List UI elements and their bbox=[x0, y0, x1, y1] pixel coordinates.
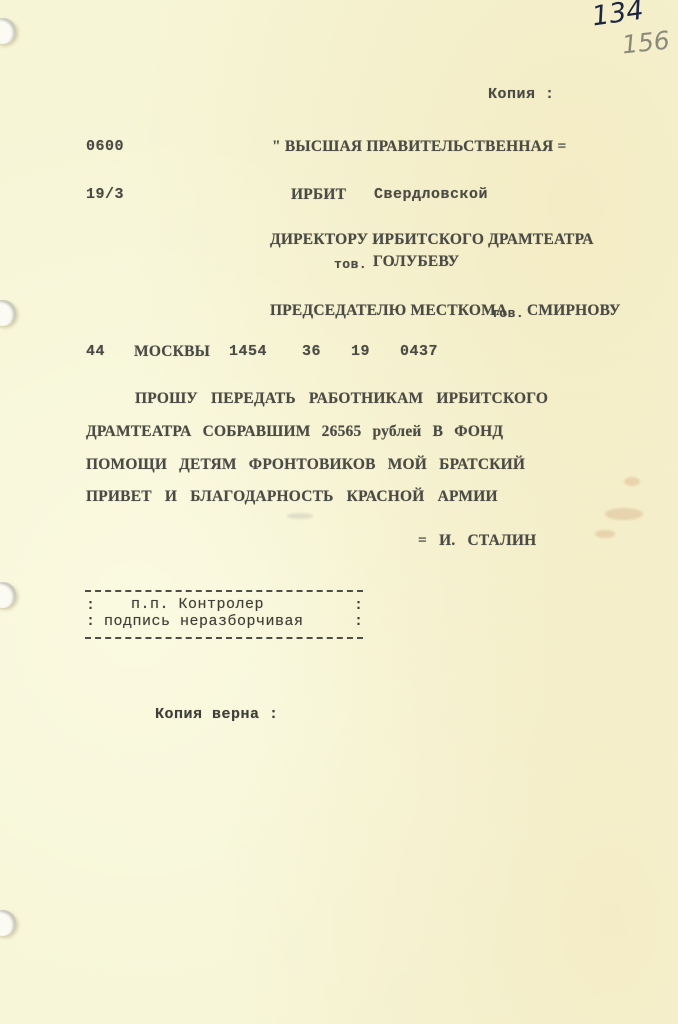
document-page: 134 156 Копия : 0600 " ВЫСШАЯ ПРАВИТЕЛЬС… bbox=[0, 0, 678, 1024]
stamp-bottom-border bbox=[85, 637, 363, 639]
body-line: ДРАМТЕАТРА СОБРАВШИМ 26565 рублей В ФОНД bbox=[86, 423, 503, 442]
origin-field: 36 bbox=[302, 343, 321, 360]
binding-hole bbox=[0, 910, 16, 936]
stamp-top-border bbox=[85, 590, 363, 592]
paper-stain bbox=[605, 508, 643, 520]
origin-field: 1454 bbox=[229, 343, 267, 360]
body-line: ПОМОЩИ ДЕТЯМ ФРОНТОВИКОВ МОЙ БРАТСКИЙ bbox=[86, 456, 525, 475]
signature: = И. СТАЛИН bbox=[418, 532, 536, 551]
paper-stain bbox=[624, 477, 640, 486]
recipient-2-prefix: тов. bbox=[491, 306, 524, 321]
binding-hole bbox=[0, 582, 16, 608]
recipient-1-line1: ДИРЕКТОРУ ИРБИТСКОГО ДРАМТЕАТРА bbox=[270, 231, 594, 250]
recipient-2-name: СМИРНОВУ bbox=[527, 302, 621, 321]
origin-field: МОСКВЫ bbox=[134, 343, 210, 362]
recipient-1-prefix: тов. bbox=[334, 257, 367, 272]
binding-hole bbox=[0, 18, 16, 44]
destination-region: Свердловской bbox=[374, 186, 488, 203]
destination-city: ИРБИТ bbox=[291, 186, 346, 205]
stamp-signature-note: подпись неразборчивая bbox=[104, 613, 304, 630]
stamp-controller: п.п. Контролер bbox=[131, 596, 264, 613]
body-line: ПРИВЕТ И БЛАГОДАРНОСТЬ КРАСНОЙ АРМИИ bbox=[86, 488, 498, 507]
priority-label: " ВЫСШАЯ ПРАВИТЕЛЬСТВЕННАЯ = bbox=[272, 138, 567, 157]
recipient-2-title: ПРЕДСЕДАТЕЛЮ МЕСТКОМА bbox=[270, 302, 507, 321]
origin-field: 19 bbox=[351, 343, 370, 360]
paper-stain bbox=[287, 513, 313, 519]
body-line: ПРОШУ ПЕРЕДАТЬ РАБОТНИКАМ ИРБИТСКОГО bbox=[135, 390, 548, 409]
telegram-code: 0600 bbox=[86, 138, 124, 155]
binding-hole bbox=[0, 300, 16, 326]
stamp-border-mark: : bbox=[86, 613, 95, 630]
stamp-border-mark: : bbox=[354, 597, 363, 614]
origin-field: 44 bbox=[86, 343, 105, 360]
archive-number-ink: 134 bbox=[590, 0, 645, 32]
certified-copy-label: Копия верна : bbox=[155, 706, 279, 723]
recipient-1-name: ГОЛУБЕВУ bbox=[373, 253, 459, 272]
paper-stain bbox=[595, 530, 615, 538]
stamp-border-mark: : bbox=[86, 597, 95, 614]
copy-label: Копия : bbox=[488, 86, 555, 103]
telegram-number: 19/3 bbox=[86, 186, 124, 203]
origin-field: 0437 bbox=[400, 343, 438, 360]
stamp-border-mark: : bbox=[354, 613, 363, 630]
archive-number-pencil: 156 bbox=[621, 26, 671, 60]
